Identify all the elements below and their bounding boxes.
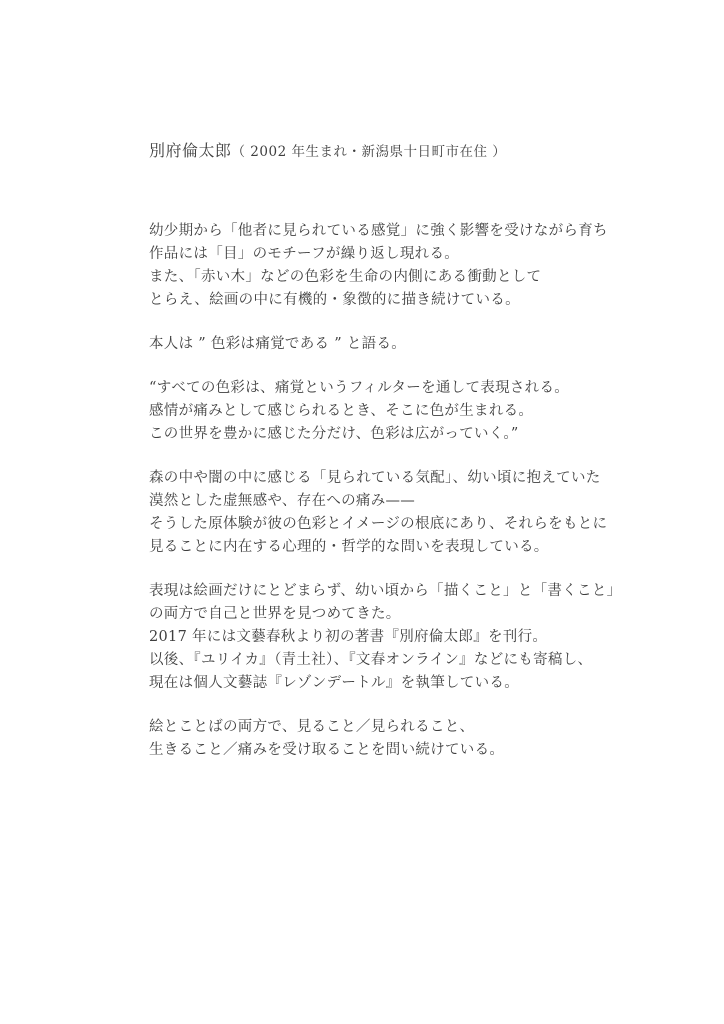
bio-paragraph-writing-career: 表現は絵画だけにとどまらず、幼い頃から「描くこと」と「書くこと」 の両方で自己と…: [149, 580, 624, 695]
document-page: 別府倫太郎（ 2002 年生まれ・新潟県十日町市在住 ） 幼少期から「他者に見ら…: [0, 0, 724, 1024]
artist-name: 別府倫太郎: [149, 141, 232, 160]
bio-paragraph-closing: 絵とことばの両方で、見ること／見られること、 生きること／痛みを受け取ることを問…: [149, 716, 624, 762]
artist-birth-residence: （ 2002 年生まれ・新潟県十日町市在住 ）: [232, 144, 507, 160]
page-title: 別府倫太郎（ 2002 年生まれ・新潟県十日町市在住 ）: [149, 133, 624, 164]
bio-paragraph-artist-quote: “すべての色彩は、痛覚というフィルターを通して表現される。 感情が痛みとして感じ…: [149, 377, 624, 446]
bio-paragraph-statement-intro: 本人は ” 色彩は痛覚である ” と語る。: [149, 333, 624, 356]
bio-paragraph-origins: 森の中や闇の中に感じる「見られている気配」、幼い頃に抱えていた 漠然とした虚無感…: [149, 467, 624, 559]
bio-paragraph-influences: 幼少期から「他者に見られている感覚」に強く影響を受けながら育ち 作品には「目」の…: [149, 220, 624, 312]
